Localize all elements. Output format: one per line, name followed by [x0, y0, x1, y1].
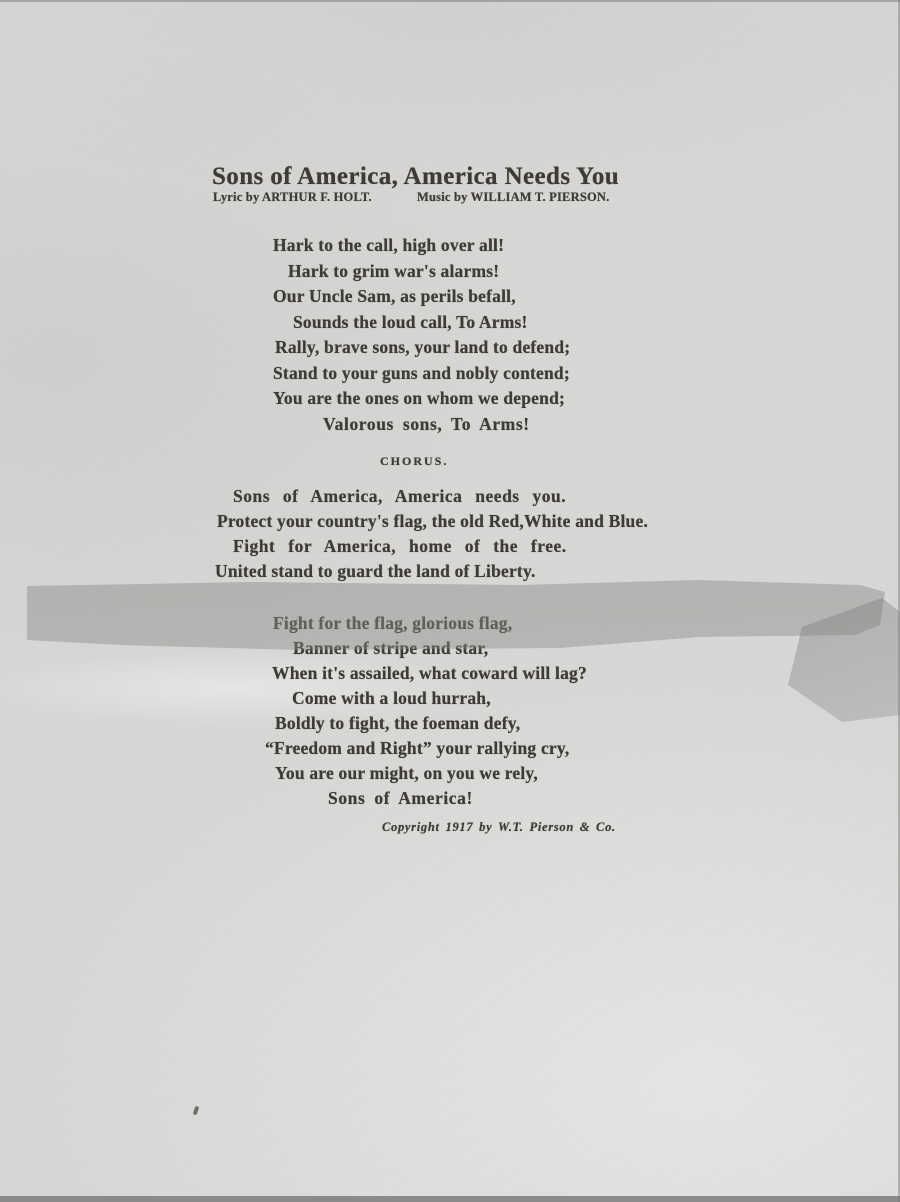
lyric-line: Protect your country's flag, the old Red… — [217, 509, 648, 534]
lyric-line: Hark to the call, high over all! — [273, 233, 570, 259]
scan-edge-bottom — [0, 1196, 900, 1202]
lyric-line: United stand to guard the land of Libert… — [215, 559, 646, 584]
lyric-line: Sounds the loud call, To Arms! — [293, 310, 590, 336]
lyric-line: Hark to grim war's alarms! — [288, 259, 585, 285]
tape-band — [27, 578, 885, 652]
lyric-line: Sons of America! — [328, 786, 643, 811]
lyric-line: “Freedom and Right” your rallying cry, — [265, 736, 580, 761]
lyric-line: Rally, brave sons, your land to defend; — [275, 335, 572, 361]
lyric-line: Sons of America, America needs you. — [233, 484, 664, 509]
scan-edge-top — [0, 0, 900, 2]
lyric-line: Come with a loud hurrah, — [292, 686, 607, 711]
chorus: Sons of America, America needs you. Prot… — [215, 484, 646, 584]
lyric-line: Valorous sons, To Arms! — [323, 412, 620, 438]
lyric-line: When it's assailed, what coward will lag… — [272, 661, 587, 686]
lyric-line: Stand to your guns and nobly contend; — [273, 361, 570, 387]
lyric-credit: Lyric by ARTHUR F. HOLT. — [213, 190, 372, 205]
lyric-line: Boldly to fight, the foeman defy, — [275, 711, 590, 736]
copyright-notice: Copyright 1917 by W.T. Pierson & Co. — [382, 820, 616, 835]
sheet-music-lyric-page: Sons of America, America Needs You Lyric… — [0, 0, 900, 1202]
music-credit: Music by WILLIAM T. PIERSON. — [417, 190, 609, 205]
lyric-line: Our Uncle Sam, as perils befall, — [273, 284, 570, 310]
verse-1: Hark to the call, high over all! Hark to… — [273, 233, 570, 437]
page-title: Sons of America, America Needs You — [212, 163, 619, 191]
ink-speck — [193, 1106, 200, 1116]
chorus-heading: CHORUS. — [380, 454, 448, 469]
lyric-line: Fight for America, home of the free. — [233, 534, 664, 559]
lyric-line: You are our might, on you we rely, — [275, 761, 590, 786]
lyric-line: You are the ones on whom we depend; — [273, 386, 570, 412]
